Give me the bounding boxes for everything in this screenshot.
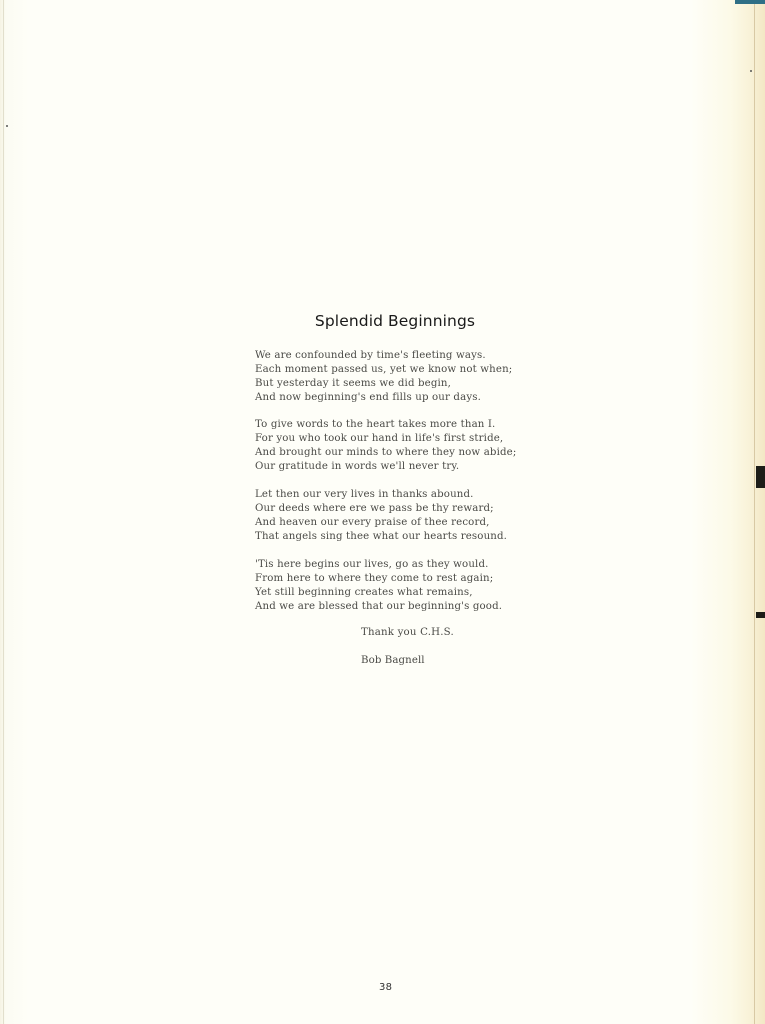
page-number: 38 [379, 982, 392, 993]
poem-line: Our gratitude in words we'll never try. [255, 460, 555, 474]
poem-line: Each moment passed us, yet we know not w… [255, 363, 555, 377]
poem-line: Yet still beginning creates what remains… [255, 586, 555, 600]
page-left-edge [3, 0, 4, 1024]
scan-speck [6, 125, 8, 127]
poem-stanza: To give words to the heart takes more th… [255, 418, 555, 474]
poem-line: 'Tis here begins our lives, go as they w… [255, 558, 555, 572]
author-name: Bob Bagnell [361, 655, 425, 666]
poem-stanza: 'Tis here begins our lives, go as they w… [255, 558, 555, 614]
poem-line: And brought our minds to where they now … [255, 446, 555, 460]
poem-line: And heaven our every praise of thee reco… [255, 516, 555, 530]
poem-line: And we are blessed that our beginning's … [255, 600, 555, 614]
edge-tab-mark [756, 466, 765, 488]
poem-stanza: Let then our very lives in thanks abound… [255, 488, 555, 544]
edge-tab-mark [756, 612, 765, 618]
yearbook-page: Splendid Beginnings We are confounded by… [0, 0, 765, 1024]
poem-line: To give words to the heart takes more th… [255, 418, 555, 432]
cover-corner [735, 0, 765, 4]
poem-stanza: We are confounded by time's fleeting way… [255, 349, 555, 405]
poem-line: We are confounded by time's fleeting way… [255, 349, 555, 363]
poem-line: For you who took our hand in life's firs… [255, 432, 555, 446]
poem-line: Our deeds where ere we pass be thy rewar… [255, 502, 555, 516]
poem-title: Splendid Beginnings [250, 312, 540, 330]
poem-line: And now beginning's end fills up our day… [255, 391, 555, 405]
page-binding-edge [754, 0, 755, 1024]
poem-line: Let then our very lives in thanks abound… [255, 488, 555, 502]
dedication: Thank you C.H.S. [361, 627, 454, 638]
poem-line: That angels sing thee what our hearts re… [255, 530, 555, 544]
poem-line: From here to where they come to rest aga… [255, 572, 555, 586]
poem-line: But yesterday it seems we did begin, [255, 377, 555, 391]
scan-speck [750, 70, 752, 72]
